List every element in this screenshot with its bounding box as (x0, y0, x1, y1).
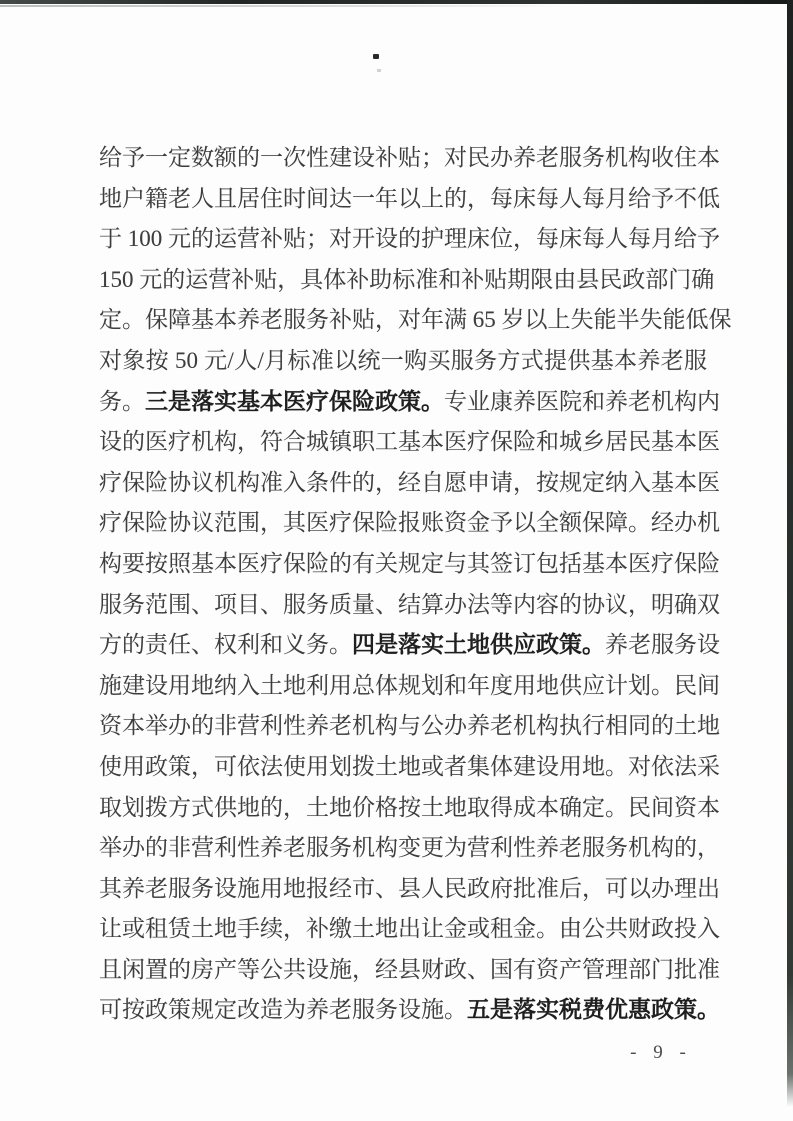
text-segment: 地户籍老人且居住时间达一年以上的，每床每人每月给予不低 (99, 186, 720, 211)
scan-speck (373, 54, 379, 59)
text-segment: 150 元的运营补贴，具体补助标准和补贴期限由县民政部门确 (99, 267, 714, 292)
text-line: 给予一定数额的一次性建设补贴；对民办养老服务机构收住本 (99, 138, 707, 179)
text-line: 于 100 元的运营补贴；对开设的护理床位，每床每人每月给予 (99, 219, 707, 260)
text-line: 服务范围、项目、服务质量、结算办法等内容的协议，明确双 (99, 585, 707, 626)
page-number: - 9 - (628, 1042, 694, 1064)
text-line: 让或租赁土地手续，补缴土地出让金或租金。由公共财政投入 (99, 909, 707, 950)
text-segment: 疗保险协议范围，其医疗保险报账资金予以全额保障。经办机 (99, 510, 720, 535)
text-line: 疗保险协议范围，其医疗保险报账资金予以全额保障。经办机 (99, 503, 707, 544)
document-body-text: 给予一定数额的一次性建设补贴；对民办养老服务机构收住本地户籍老人且居住时间达一年… (99, 138, 707, 1031)
text-segment: 给予一定数额的一次性建设补贴；对民办养老服务机构收住本 (99, 145, 720, 170)
text-line: 对象按 50 元/人/月标准以统一购买服务方式提供基本养老服 (99, 341, 707, 382)
scan-edge-top-shadow (0, 5, 571, 7)
text-segment: 且闲置的房产等公共设施，经县财政、国有资产管理部门批准 (99, 957, 720, 982)
text-line: 地户籍老人且居住时间达一年以上的，每床每人每月给予不低 (99, 179, 707, 220)
text-line: 使用政策，可依法使用划拨土地或者集体建设用地。对依法采 (99, 747, 707, 788)
text-segment: 可按政策规定改造为养老服务设施。 (99, 997, 467, 1022)
text-segment: 定。保障基本养老服务补贴，对年满 65 岁以上失能半失能低保 (99, 307, 732, 332)
bold-heading-segment: 五是落实税费优惠政策。 (467, 997, 720, 1022)
text-segment: 方的责任、权利和义务。 (99, 632, 352, 657)
text-line: 务。三是落实基本医疗保险政策。专业康养医院和养老机构内 (99, 382, 707, 423)
text-segment: 养老服务设 (605, 632, 720, 657)
text-line: 资本举办的非营利性养老机构与公办养老机构执行相同的土地 (99, 706, 707, 747)
text-line: 150 元的运营补贴，具体补助标准和补贴期限由县民政部门确 (99, 260, 707, 301)
text-line: 可按政策规定改造为养老服务设施。五是落实税费优惠政策。 (99, 990, 707, 1031)
text-line: 其养老服务设施用地报经市、县人民政府批准后，可以办理出 (99, 869, 707, 910)
text-line: 方的责任、权利和义务。四是落实土地供应政策。养老服务设 (99, 625, 707, 666)
text-segment: 疗保险协议机构准入条件的，经自愿申请，按规定纳入基本医 (99, 470, 720, 495)
text-segment: 于 100 元的运营补贴；对开设的护理床位，每床每人每月给予 (99, 226, 720, 251)
text-segment: 对象按 50 元/人/月标准以统一购买服务方式提供基本养老服 (99, 348, 707, 373)
text-segment: 施建设用地纳入土地利用总体规划和年度用地供应计划。民间 (99, 673, 720, 698)
text-segment: 务。 (99, 389, 145, 414)
text-segment: 服务范围、项目、服务质量、结算办法等内容的协议，明确双 (99, 592, 720, 617)
text-segment: 专业康养医院和养老机构内 (444, 389, 720, 414)
text-segment: 资本举办的非营利性养老机构与公办养老机构执行相同的土地 (99, 713, 720, 738)
text-line: 取划拨方式供地的，土地价格按土地取得成本确定。民间资本 (99, 788, 707, 829)
document-page: 给予一定数额的一次性建设补贴；对民办养老服务机构收住本地户籍老人且居住时间达一年… (0, 0, 793, 1121)
text-segment: 取划拨方式供地的，土地价格按土地取得成本确定。民间资本 (99, 795, 720, 820)
scan-edge-top (0, 0, 793, 4)
scan-edge-right (787, 0, 793, 1107)
text-line: 疗保险协议机构准入条件的，经自愿申请，按规定纳入基本医 (99, 463, 707, 504)
text-line: 设的医疗机构，符合城镇职工基本医疗保险和城乡居民基本医 (99, 422, 707, 463)
text-line: 施建设用地纳入土地利用总体规划和年度用地供应计划。民间 (99, 666, 707, 707)
text-segment: 设的医疗机构，符合城镇职工基本医疗保险和城乡居民基本医 (99, 429, 720, 454)
text-segment: 构要按照基本医疗保险的有关规定与其签订包括基本医疗保险 (99, 551, 720, 576)
text-line: 定。保障基本养老服务补贴，对年满 65 岁以上失能半失能低保 (99, 300, 707, 341)
text-line: 举办的非营利性养老服务机构变更为营利性养老服务机构的， (99, 828, 707, 869)
text-segment: 使用政策，可依法使用划拨土地或者集体建设用地。对依法采 (99, 754, 720, 779)
bold-heading-segment: 三是落实基本医疗保险政策。 (145, 389, 444, 414)
text-segment: 举办的非营利性养老服务机构变更为营利性养老服务机构的， (99, 835, 720, 860)
text-segment: 让或租赁土地手续，补缴土地出让金或租金。由公共财政投入 (99, 916, 720, 941)
text-line: 构要按照基本医疗保险的有关规定与其签订包括基本医疗保险 (99, 544, 707, 585)
text-line: 且闲置的房产等公共设施，经县财政、国有资产管理部门批准 (99, 950, 707, 991)
text-segment: 其养老服务设施用地报经市、县人民政府批准后，可以办理出 (99, 876, 720, 901)
bold-heading-segment: 四是落实土地供应政策。 (352, 632, 605, 657)
